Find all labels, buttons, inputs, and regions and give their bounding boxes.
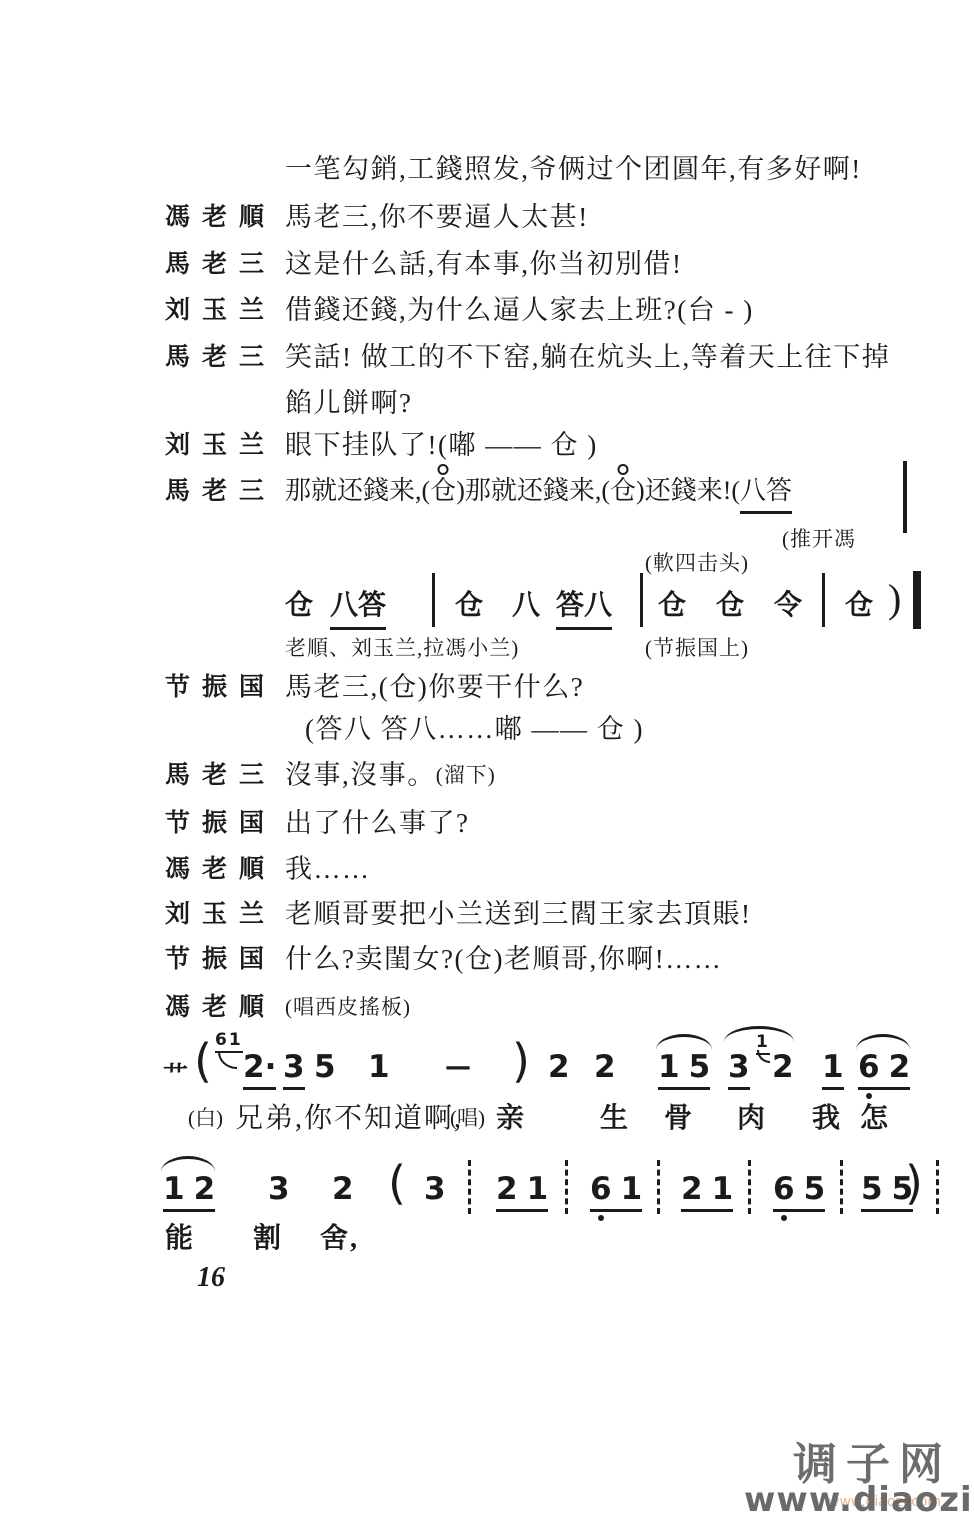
dashed-barline xyxy=(936,1160,939,1214)
dashed-barline xyxy=(748,1160,751,1214)
note: 2 xyxy=(548,1052,570,1083)
stage-direction: (推开馮 xyxy=(782,523,856,553)
speaker-name: 馮老順 xyxy=(165,990,285,1024)
dialogue-text: 馬老三,(仓)你要干什么? xyxy=(285,670,584,704)
lyric-word: 亲 xyxy=(496,1096,526,1136)
percussion-syllable-underlined: 八答 xyxy=(740,474,792,514)
dialogue-text: 眼下挂队了!(嘟 —— 仓 ) xyxy=(285,428,598,462)
cang-with-ring: 仓 xyxy=(430,474,456,508)
percussion-syllable: 八 xyxy=(512,583,540,623)
speaker-name: 节振国 xyxy=(165,942,285,976)
note-extension-dash: — xyxy=(445,1052,471,1082)
beamed-note-group: 2 1 xyxy=(681,1174,733,1212)
note: 1 xyxy=(712,1174,734,1205)
grace-slur xyxy=(218,1052,237,1069)
note: 6 xyxy=(773,1171,795,1207)
lyric-word: 舍, xyxy=(320,1216,359,1256)
percussion-pattern-label: (軟四击头) xyxy=(645,547,749,577)
lyric-spoken: 兄弟,你不知道啊, xyxy=(235,1096,463,1136)
dialogue-text: 借錢还錢,为什么逼人家去上班?(台 - ) xyxy=(285,293,754,327)
spoken-tag: (白) xyxy=(188,1102,223,1132)
opening-paren: ( xyxy=(388,1160,406,1206)
note: 5 xyxy=(804,1174,826,1205)
speaker-name: 馬老三 xyxy=(165,247,285,281)
note: 5 xyxy=(689,1052,711,1083)
percussion-syllable: 仓 xyxy=(610,476,636,505)
low-octave-dot xyxy=(781,1215,787,1221)
percussion-syllable: 仓 xyxy=(716,583,744,623)
note: 3 xyxy=(268,1174,290,1205)
free-meter-mark: 艹 xyxy=(163,1056,188,1092)
script-page: 一笔勾銷,工錢照发,爷俩过个团圓年,有多好啊! 馮老順 馬老三,你不要逼人太甚!… xyxy=(0,0,974,1524)
dashed-barline xyxy=(840,1160,843,1214)
page-number: 16 xyxy=(197,1262,225,1294)
dialogue-line: 馬老三 笑話! 做工的不下窑,躺在炕头上,等着天上往下掉 xyxy=(165,340,890,374)
stage-direction: 老順、刘玉兰,拉馮小兰) xyxy=(285,632,519,662)
grace-notes: 61 xyxy=(215,1032,243,1053)
dialogue-text: 餡儿餅啊? xyxy=(285,386,412,420)
dialogue-line: 馮老順 我…… xyxy=(165,852,371,886)
note: 2 xyxy=(772,1052,794,1083)
note: 1 xyxy=(163,1174,185,1205)
percussion-syllable: 仓 xyxy=(285,583,313,623)
note: 3 xyxy=(283,1052,305,1090)
note: 6 xyxy=(590,1171,612,1207)
dialogue-text: 出了什么事了? xyxy=(285,806,469,840)
dashed-barline xyxy=(468,1160,471,1214)
dialogue-line: 馬老三 这是什么話,有本事,你当初別借! xyxy=(165,247,683,281)
beamed-note-group: 6 5 xyxy=(773,1174,825,1212)
dialogue-line: 餡儿餅啊? xyxy=(165,386,412,420)
note: 2· xyxy=(243,1052,276,1090)
notation-barline xyxy=(432,573,435,627)
grace-slur xyxy=(757,1050,770,1063)
dialogue-line: (答八 答八……嘟 —— 仓 ) xyxy=(165,712,644,746)
dialogue-line: 馮老順 馬老三,你不要逼人太甚! xyxy=(165,200,589,234)
low-octave-dot xyxy=(598,1215,604,1221)
dashed-barline xyxy=(565,1160,568,1214)
lyric-word: 骨 xyxy=(664,1096,694,1136)
aria-type-label: (唱西皮搖板) xyxy=(285,990,411,1024)
notation-barline xyxy=(903,461,907,533)
tie-arc xyxy=(656,1034,712,1050)
note-low-octave: 6 xyxy=(590,1174,612,1205)
sung-tag: (唱) xyxy=(450,1102,485,1132)
dialogue-text: 一笔勾銷,工錢照发,爷俩过个团圓年,有多好啊! xyxy=(285,152,862,186)
beamed-note-group: 6 2 xyxy=(858,1052,910,1090)
speaker-name: 刘玉兰 xyxy=(165,428,285,462)
notation-barline xyxy=(822,573,825,627)
lyric-word: 怎 xyxy=(860,1096,890,1136)
cang-with-ring: 仓 xyxy=(610,474,636,508)
percussion-syllable: 仓 xyxy=(455,583,483,623)
dashed-barline xyxy=(657,1160,660,1214)
note: 1 xyxy=(822,1052,844,1090)
dialogue-line: 一笔勾銷,工錢照发,爷俩过个团圓年,有多好啊! xyxy=(165,152,862,186)
note: 2 xyxy=(681,1174,703,1205)
note: 2 xyxy=(332,1174,354,1205)
lyric-word: 生 xyxy=(600,1096,630,1136)
percussion-syllable: 仓 xyxy=(430,476,456,505)
tie-arc xyxy=(161,1156,215,1172)
ring-mark xyxy=(438,464,449,475)
notation-barline xyxy=(640,573,643,627)
speaker-name: 节振国 xyxy=(165,806,285,840)
note: 2 xyxy=(889,1052,911,1083)
note: 1 xyxy=(658,1052,680,1083)
note-low-octave: 6 xyxy=(773,1174,795,1205)
lyric-word: 割 xyxy=(253,1216,283,1256)
closing-paren: ) xyxy=(512,1038,530,1084)
note: 5 xyxy=(314,1052,336,1083)
note: 5 xyxy=(861,1174,883,1205)
closing-paren: ) xyxy=(905,1160,923,1206)
beamed-note-group: 6 1 xyxy=(590,1174,642,1212)
speaker-name: 馬老三 xyxy=(165,758,285,792)
percussion-syllable: 令 xyxy=(774,583,802,623)
dialogue-text: 沒事,沒事。 xyxy=(285,758,436,792)
dialogue-text: 那就还錢来,(仓)那就还錢来,(仓)还錢来!(八答 xyxy=(285,474,792,514)
dialogue-text: 什么?卖閨女?(仓)老順哥,你啊!…… xyxy=(285,942,722,976)
dialogue-line: 馬老三 沒事,沒事。 (溜下) xyxy=(165,758,496,792)
note: 2 xyxy=(194,1174,216,1205)
text-segment: 那就还錢来,( xyxy=(285,476,430,505)
closing-paren: ) xyxy=(888,575,901,622)
dialogue-text: 笑話! 做工的不下窑,躺在炕头上,等着天上往下掉 xyxy=(285,340,890,374)
note: 1 xyxy=(368,1052,390,1083)
dialogue-line: 刘玉兰 眼下挂队了!(嘟 —— 仓 ) xyxy=(165,428,598,462)
lyric-word: 肉 xyxy=(737,1096,767,1136)
beamed-note-group: 2 1 xyxy=(496,1174,548,1212)
stage-direction: (节振国上) xyxy=(645,632,749,662)
dialogue-line: 馮老順 (唱西皮搖板) xyxy=(165,990,411,1024)
percussion-syllable: 仓 xyxy=(658,583,686,623)
ring-mark xyxy=(618,464,629,475)
speaker-name: 节振国 xyxy=(165,670,285,704)
tie-arc xyxy=(856,1034,910,1050)
percussion-syllable-underlined: 答八 xyxy=(556,583,612,630)
text-segment: )还錢来!( xyxy=(636,476,740,505)
speaker-name: 刘玉兰 xyxy=(165,293,285,327)
speaker-name: 刘玉兰 xyxy=(165,897,285,931)
note-low-octave: 6 xyxy=(858,1052,880,1083)
dialogue-text: 馬老三,你不要逼人太甚! xyxy=(285,200,589,234)
watermark-site-url: www.diaozi.com xyxy=(744,1480,974,1520)
dialogue-line: 节振国 出了什么事了? xyxy=(165,806,469,840)
speaker-name: 馮老順 xyxy=(165,852,285,886)
note: 3 xyxy=(728,1052,750,1090)
opening-paren: ( xyxy=(194,1038,212,1084)
beamed-note-group: 1 2 xyxy=(163,1174,215,1212)
dialogue-line: 馬老三 那就还錢来,(仓)那就还錢来,(仓)还錢来!(八答 xyxy=(165,474,792,514)
lyric-word: 我 xyxy=(812,1096,842,1136)
final-barline xyxy=(913,571,921,629)
speaker-name: 馮老順 xyxy=(165,200,285,234)
dialogue-line: 刘玉兰 老順哥要把小兰送到三閻王家去頂賬! xyxy=(165,897,752,931)
percussion-syllable-underlined: 八答 xyxy=(330,583,386,630)
note: 1 xyxy=(621,1174,643,1205)
dialogue-line: 刘玉兰 借錢还錢,为什么逼人家去上班?(台 - ) xyxy=(165,293,754,327)
beamed-note-group: 1 5 xyxy=(658,1052,710,1090)
note: 1 xyxy=(527,1174,549,1205)
dialogue-line: 节振国 什么?卖閨女?(仓)老順哥,你啊!…… xyxy=(165,942,722,976)
note: 2 xyxy=(496,1174,518,1205)
note: 2 xyxy=(594,1052,616,1083)
dialogue-text: 我…… xyxy=(285,852,371,886)
dialogue-text: 这是什么話,有本事,你当初別借! xyxy=(285,247,683,281)
percussion-inline: (答八 答八……嘟 —— 仓 ) xyxy=(305,712,644,746)
speaker-name: 馬老三 xyxy=(165,474,285,508)
lyric-word: 能 xyxy=(165,1216,195,1256)
dialogue-line: 节振国 馬老三,(仓)你要干什么? xyxy=(165,670,584,704)
note: 3 xyxy=(424,1174,446,1205)
text-segment: )那就还錢来,( xyxy=(456,476,610,505)
percussion-syllable: 仓 xyxy=(845,583,873,623)
dialogue-text: 老順哥要把小兰送到三閻王家去頂賬! xyxy=(285,897,752,931)
speaker-name: 馬老三 xyxy=(165,340,285,374)
note: 6 xyxy=(858,1049,880,1085)
stage-direction-inline: (溜下) xyxy=(436,758,496,792)
